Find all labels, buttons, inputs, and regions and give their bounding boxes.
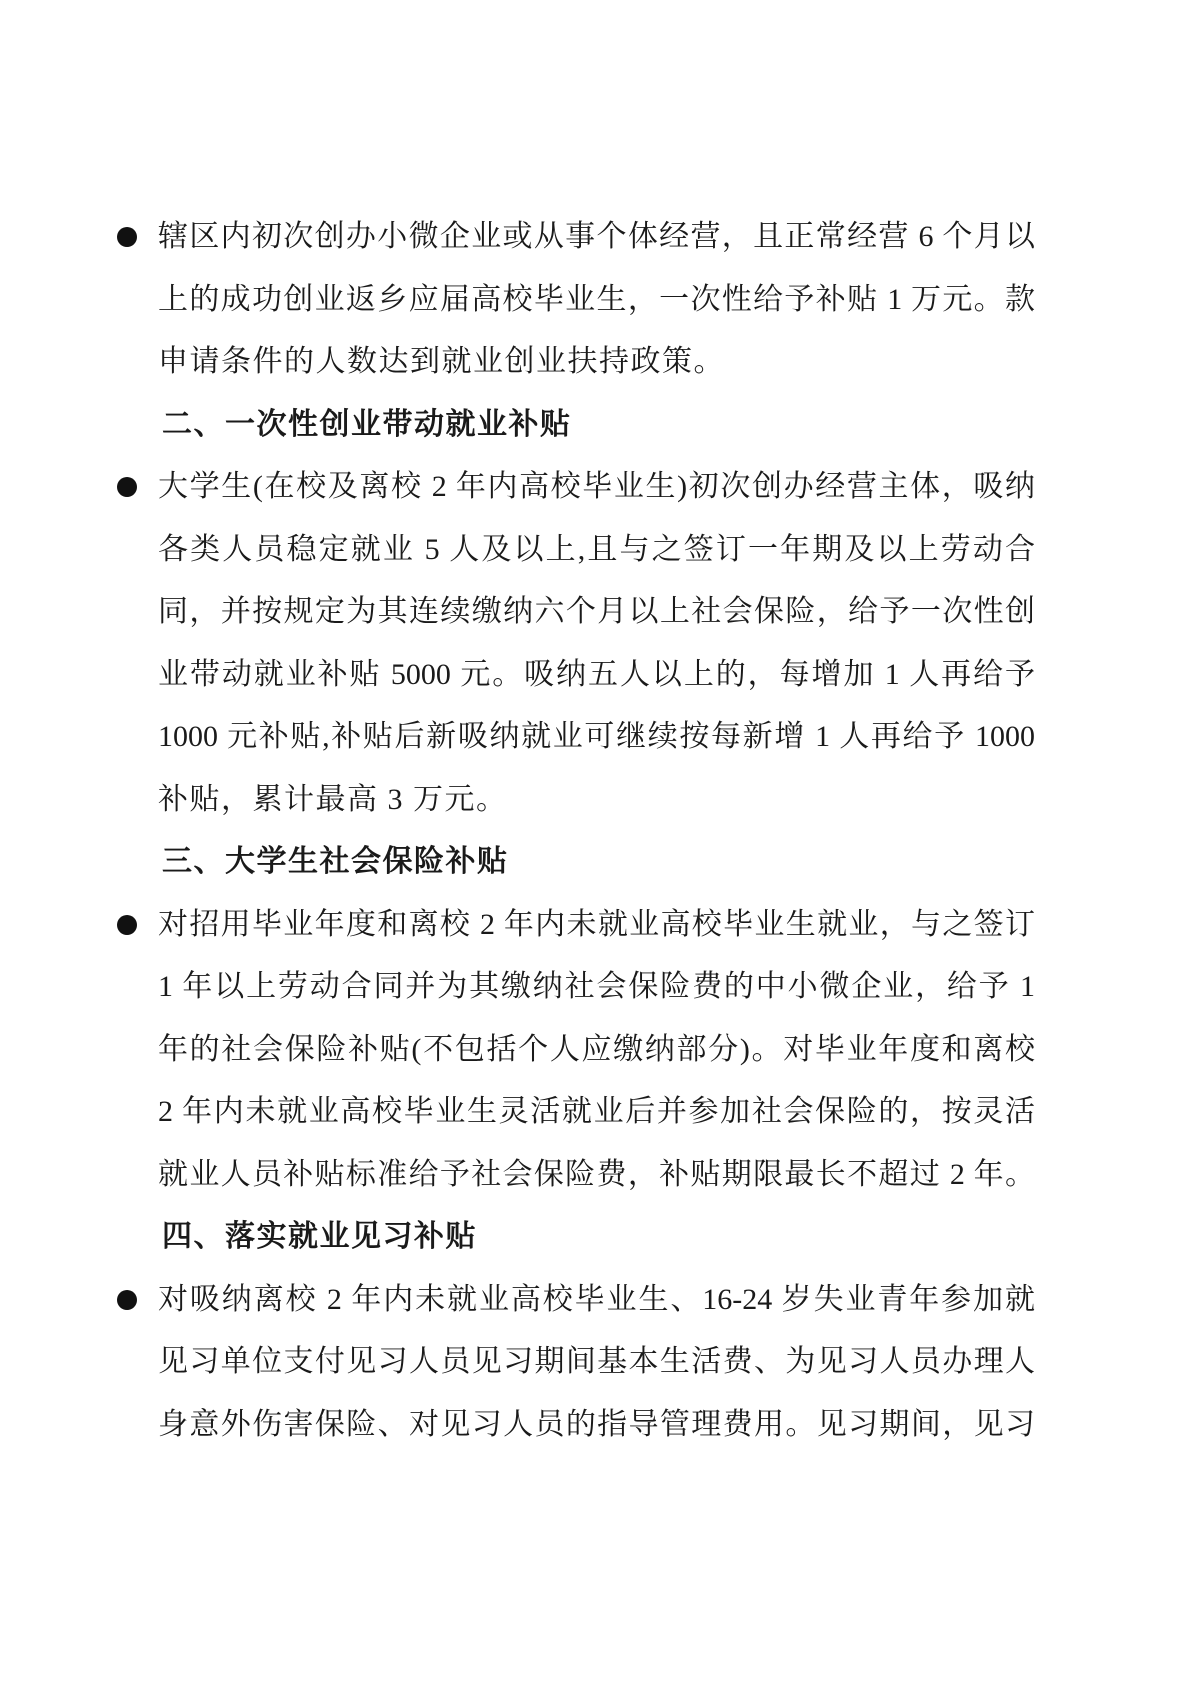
body-line: 见习单位支付见习人员见习期间基本生活费、为见习人员办理人 — [158, 1331, 1035, 1394]
body-line: 上的成功创业返乡应届高校毕业生，一次性给予补贴 1 万元。款 — [158, 269, 1035, 332]
bullet-icon — [117, 1290, 137, 1310]
bullet-list-item: 对吸纳离校 2 年内未就业高校毕业生、16-24 岁失业青年参加就 见习单位支付… — [158, 1269, 1035, 1457]
body-line: 对招用毕业年度和离校 2 年内未就业高校毕业生就业，与之签订 — [158, 894, 1035, 957]
body-line: 辖区内初次创办小微企业或从事个体经营，且正常经营 6 个月以 — [158, 206, 1035, 269]
section-heading: 四、落实就业见习补贴 — [158, 1206, 1035, 1269]
body-line: 业带动就业补贴 5000 元。吸纳五人以上的，每增加 1 人再给予 — [158, 644, 1035, 707]
body-line: 补贴，累计最高 3 万元。 — [158, 769, 1035, 832]
body-line: 身意外伤害保险、对见习人员的指导管理费用。见习期间，见习 — [158, 1394, 1035, 1457]
body-line: 1 年以上劳动合同并为其缴纳社会保险费的中小微企业，给予 1 — [158, 956, 1035, 1019]
body-line: 就业人员补贴标准给予社会保险费，补贴期限最长不超过 2 年。 — [158, 1144, 1035, 1207]
section-heading: 三、大学生社会保险补贴 — [158, 831, 1035, 894]
body-line: 对吸纳离校 2 年内未就业高校毕业生、16-24 岁失业青年参加就 — [158, 1269, 1035, 1332]
body-line: 年的社会保险补贴(不包括个人应缴纳部分)。对毕业年度和离校 — [158, 1019, 1035, 1082]
bullet-list-item: 辖区内初次创办小微企业或从事个体经营，且正常经营 6 个月以 上的成功创业返乡应… — [158, 206, 1035, 394]
body-line: 申请条件的人数达到就业创业扶持政策。 — [158, 331, 1035, 394]
bullet-icon — [117, 227, 137, 247]
body-line: 各类人员稳定就业 5 人及以上,且与之签订一年期及以上劳动合 — [158, 519, 1035, 582]
bullet-list-item: 对招用毕业年度和离校 2 年内未就业高校毕业生就业，与之签订 1 年以上劳动合同… — [158, 894, 1035, 1207]
bullet-icon — [117, 477, 137, 497]
section-heading: 二、一次性创业带动就业补贴 — [158, 394, 1035, 457]
bullet-icon — [117, 915, 137, 935]
document-content: 辖区内初次创办小微企业或从事个体经营，且正常经营 6 个月以 上的成功创业返乡应… — [158, 206, 1035, 1456]
bullet-list-item: 大学生(在校及离校 2 年内高校毕业生)初次创办经营主体，吸纳 各类人员稳定就业… — [158, 456, 1035, 831]
document-page: 辖区内初次创办小微企业或从事个体经营，且正常经营 6 个月以 上的成功创业返乡应… — [0, 0, 1190, 1683]
body-line: 同，并按规定为其连续缴纳六个月以上社会保险，给予一次性创 — [158, 581, 1035, 644]
body-line: 2 年内未就业高校毕业生灵活就业后并参加社会保险的，按灵活 — [158, 1081, 1035, 1144]
body-line: 1000 元补贴,补贴后新吸纳就业可继续按每新增 1 人再给予 1000 — [158, 706, 1035, 769]
body-line: 大学生(在校及离校 2 年内高校毕业生)初次创办经营主体，吸纳 — [158, 456, 1035, 519]
